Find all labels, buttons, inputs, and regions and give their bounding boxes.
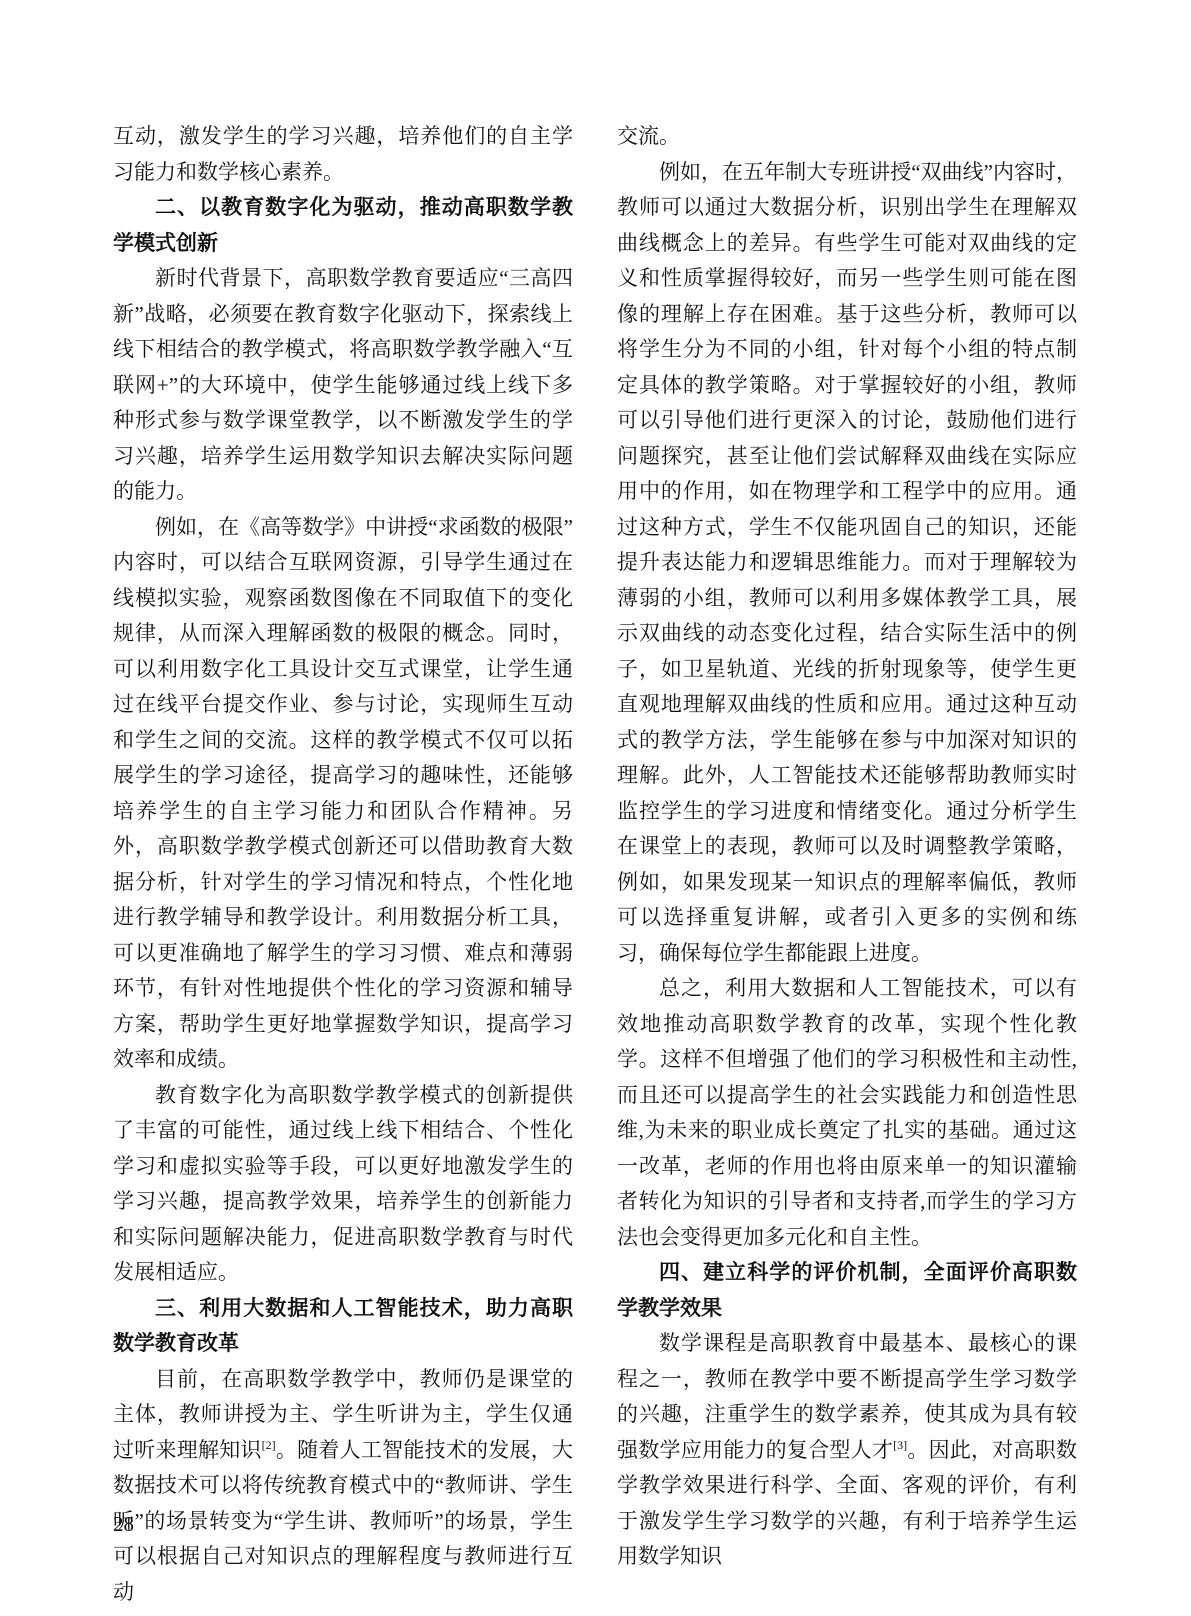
body-paragraph: 例如，在五年制大专班讲授“双曲线”内容时，教师可以通过大数据分析，识别出学生在理…: [617, 155, 1077, 972]
continuation-paragraph: 互动，激发学生的学习兴趣，培养他们的自主学习能力和数学核心素养。: [113, 119, 573, 190]
citation-reference: [2]: [262, 1438, 276, 1452]
continuation-paragraph: 交流。: [617, 119, 1077, 155]
right-column: 交流。例如，在五年制大专班讲授“双曲线”内容时，教师可以通过大数据分析，识别出学…: [617, 119, 1077, 1610]
section-heading: 三、利用大数据和人工智能技术，助力高职数学教育改革: [113, 1291, 573, 1362]
body-paragraph: 例如，在《高等数学》中讲授“求函数的极限”内容时，可以结合互联网资源，引导学生通…: [113, 510, 573, 1078]
body-paragraph: 教育数字化为高职数学教学模式的创新提供了丰富的可能性，通过线上线下相结合、个性化…: [113, 1078, 573, 1291]
body-paragraph: 数学课程是高职教育中最基本、最核心的课程之一，教师在教学中要不断提高学生学习数学…: [617, 1326, 1077, 1575]
body-paragraph: 目前，在高职数学教学中，教师仍是课堂的主体，教师讲授为主、学生听讲为主，学生仅通…: [113, 1362, 573, 1611]
citation-reference: [3]: [893, 1438, 907, 1452]
page-number: 28: [113, 1507, 134, 1543]
body-paragraph: 总之，利用大数据和人工智能技术，可以有效地推动高职数学教育的改革，实现个性化教学…: [617, 971, 1077, 1255]
left-column: 互动，激发学生的学习兴趣，培养他们的自主学习能力和数学核心素养。二、以教育数字化…: [113, 119, 573, 1610]
section-heading: 四、建立科学的评价机制，全面评价高职数学教学效果: [617, 1255, 1077, 1326]
section-heading: 二、以教育数字化为驱动，推动高职数学教学模式创新: [113, 190, 573, 261]
two-column-layout: 互动，激发学生的学习兴趣，培养他们的自主学习能力和数学核心素养。二、以教育数字化…: [113, 119, 1077, 1610]
body-paragraph: 新时代背景下，高职数学教育要适应“三高四新”战略，必须要在教育数字化驱动下，探索…: [113, 261, 573, 510]
journal-page: 互动，激发学生的学习兴趣，培养他们的自主学习能力和数学核心素养。二、以教育数字化…: [0, 0, 1191, 1616]
